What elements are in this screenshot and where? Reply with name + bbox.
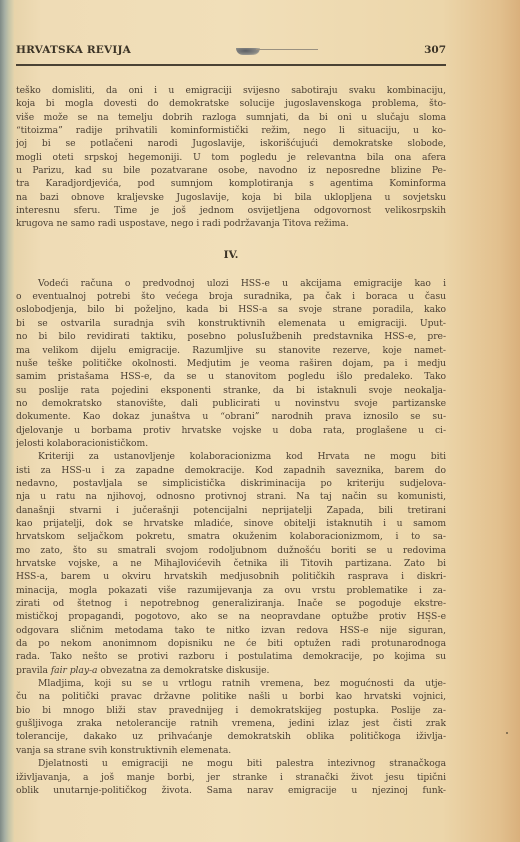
text-line: ču na politički pravac državne politike … bbox=[16, 690, 446, 703]
text-line: teško domisliti, da oni i u emigraciji s… bbox=[16, 84, 446, 97]
paper-speck bbox=[428, 620, 430, 622]
text-line: isti za HSS-u i za zapadne demokracije. … bbox=[16, 464, 446, 477]
text-line: o eventualnoj potrebi što većega broja s… bbox=[16, 290, 446, 303]
text-fragment: obvezatna za demokratske diskusije. bbox=[97, 665, 269, 676]
text-line: Vodeći računa o predvodnoj ulozi HSS-e u… bbox=[16, 277, 446, 290]
document-page: HRVATSKA REVIJA 307 teško domisliti, da … bbox=[16, 0, 446, 842]
paragraph-3: Mladjima, koji su se u vrtlogu ratnih vr… bbox=[16, 677, 446, 757]
text-line: ma velikom dijelu emigracije. Razumljive… bbox=[16, 344, 446, 357]
text-line: bi se ostvarila suradnja svih konstrukti… bbox=[16, 317, 446, 330]
text-line: HSS-a, barem u okviru hrvatskih medjusob… bbox=[16, 570, 446, 583]
header-rule bbox=[16, 64, 446, 66]
italic-phrase: fair play-a bbox=[51, 665, 98, 676]
text-line: jelosti kolaboracionističkom. bbox=[16, 437, 446, 450]
text-line: djelovanje u borbama protiv hrvatske voj… bbox=[16, 424, 446, 437]
text-line: više može se na temelju dobrih razloga s… bbox=[16, 111, 446, 124]
text-line: tolerancije, dakako uz prihvaćanje demok… bbox=[16, 730, 446, 743]
text-line: u Parizu, kad su bile pozatvarane osobe,… bbox=[16, 164, 446, 177]
text-line: interesnu sferu. Time je još jednom osvi… bbox=[16, 204, 446, 217]
text-line: krugova ne samo radi uspostave, nego i r… bbox=[16, 217, 446, 230]
paper-speck bbox=[506, 732, 508, 734]
text-line: na bazi obnove kraljevske Jugoslavije, k… bbox=[16, 191, 446, 204]
text-line: rada. Tako nešto se protivi razboru i po… bbox=[16, 650, 446, 663]
text-line: bio bi mnogo bliži stav pravednijeg i de… bbox=[16, 704, 446, 717]
text-line: mogli oteti srpskoj hegemoniji. U tom po… bbox=[16, 151, 446, 164]
text-line: samim pristašama HSS-e, da se u stanovit… bbox=[16, 370, 446, 383]
text-line: iživljavanja, a još manje borbi, jer str… bbox=[16, 771, 446, 784]
journal-title: HRVATSKA REVIJA bbox=[16, 44, 131, 56]
text-line: mističkoj propagandi, pogotovo, ako se n… bbox=[16, 610, 446, 623]
text-line: koja bi mogla dovesti do demokratske sol… bbox=[16, 97, 446, 110]
section-heading: IV. bbox=[16, 235, 446, 275]
text-line: kao prijatelji, dok se hrvatske mladiće,… bbox=[16, 517, 446, 530]
running-header: HRVATSKA REVIJA 307 bbox=[16, 44, 446, 60]
text-line: Mladjima, koji su se u vrtlogu ratnih vr… bbox=[16, 677, 446, 690]
text-line: oblik unutarnje-političkog života. Sama … bbox=[16, 784, 446, 797]
text-line: odgovara sličnim metodama tako te nitko … bbox=[16, 624, 446, 637]
text-line: no bi bilo revidirati taktiku, posebno p… bbox=[16, 330, 446, 343]
scan-left-edge bbox=[0, 0, 14, 842]
text-line: da po nekom anonimnom dopisniku ne će bi… bbox=[16, 637, 446, 650]
stamp-line bbox=[256, 49, 318, 50]
text-line: gušljivoga zraka netolerancije ratnih vr… bbox=[16, 717, 446, 730]
text-line: nuše teške političke okolnosti. Medjutim… bbox=[16, 357, 446, 370]
text-line: nedavno, postavljala se simplicistička d… bbox=[16, 477, 446, 490]
text-line: nja u ratu na njihovoj, odnosno protivno… bbox=[16, 490, 446, 503]
text-line: zirati od štetnog i nepotrebnog generali… bbox=[16, 597, 446, 610]
text-line: minacija, mogla pokazati više razumijeva… bbox=[16, 584, 446, 597]
text-line: mo zato, što su smatrali svojom rodoljub… bbox=[16, 544, 446, 557]
text-line: vanja sa strane svih konstruktivnih elem… bbox=[16, 744, 446, 757]
text-line: Djelatnosti u emigraciji ne mogu biti pa… bbox=[16, 757, 446, 770]
text-line: hrvatskom seljačkom pokretu, smatra okuž… bbox=[16, 530, 446, 543]
text-line: no demokratsko stanovište, dali publicir… bbox=[16, 397, 446, 410]
ink-stamp-mark bbox=[236, 48, 318, 56]
text-line: hrvatske vojske, a ne Mihajlovićevih čet… bbox=[16, 557, 446, 570]
paragraph-4: Djelatnosti u emigraciji ne mogu biti pa… bbox=[16, 757, 446, 797]
paragraph-2: Kriteriji za ustanovljenje kolaboracioni… bbox=[16, 450, 446, 677]
body-text: teško domisliti, da oni i u emigraciji s… bbox=[16, 84, 446, 797]
text-fragment: pravila bbox=[16, 665, 51, 676]
text-line: pravila fair play-a obvezatna za demokra… bbox=[16, 664, 446, 677]
text-line: tra Karadjordjevića, pod sumnjom komplot… bbox=[16, 177, 446, 190]
text-line: dokumente. Kao dokaz junaštva u “obrani”… bbox=[16, 410, 446, 423]
paragraph-1: Vodeći računa o predvodnoj ulozi HSS-e u… bbox=[16, 277, 446, 450]
text-line: su poslije rata pojedini eksponenti stra… bbox=[16, 384, 446, 397]
page-number: 307 bbox=[424, 44, 446, 56]
paragraph-continued: teško domisliti, da oni i u emigraciji s… bbox=[16, 84, 446, 231]
text-line: “titoizma” radije prihvatili kominformis… bbox=[16, 124, 446, 137]
text-line: oslobodjenja, bilo bi poželjno, kada bi … bbox=[16, 303, 446, 316]
text-line: joj bi se potlačeni narodi Jugoslavije, … bbox=[16, 137, 446, 150]
text-line: Kriteriji za ustanovljenje kolaboracioni… bbox=[16, 450, 446, 463]
text-line: današnji stvarni i jučerašnji potencijal… bbox=[16, 504, 446, 517]
